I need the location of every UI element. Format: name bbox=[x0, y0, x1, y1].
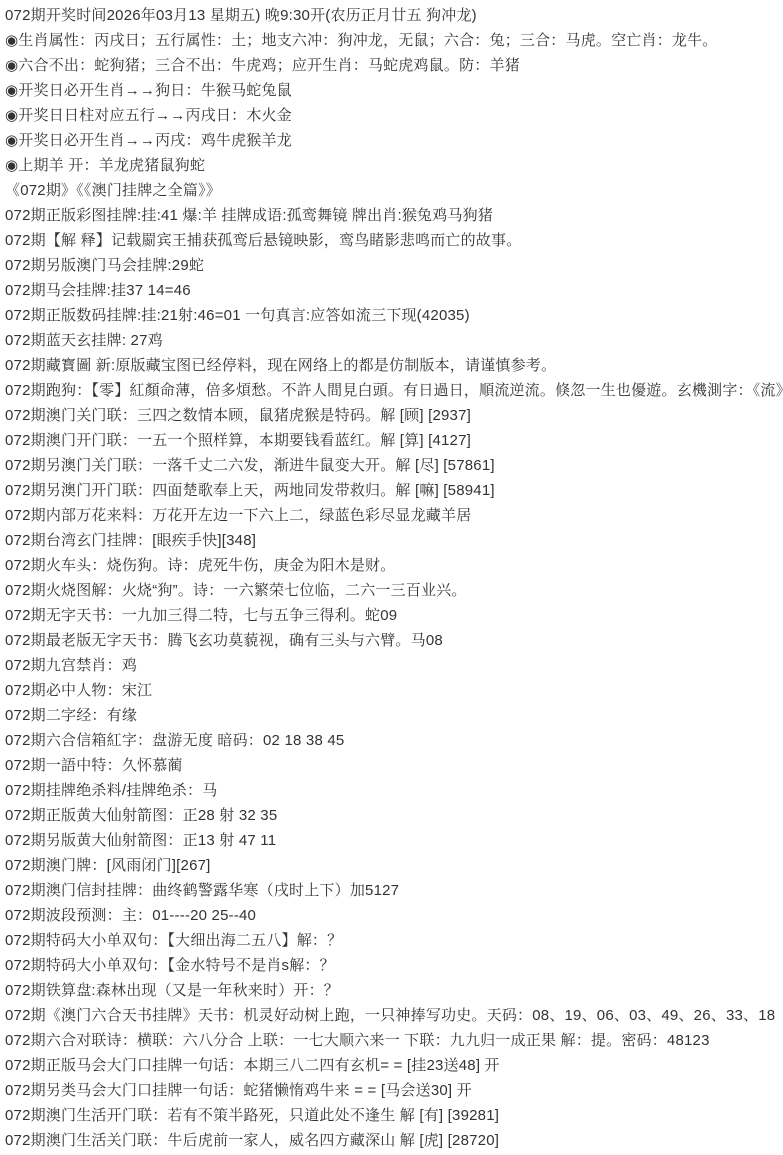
text-line: ◉六合不出：蛇狗猪；三合不出：牛虎鸡；应开生肖：马蛇虎鸡鼠。防：羊猪 bbox=[5, 53, 779, 78]
text-line: 072期挂牌绝杀料/挂牌绝杀：马 bbox=[5, 778, 779, 803]
text-line: ◉生肖属性：丙戌日；五行属性：土；地支六冲：狗冲龙，无鼠；六合：兔；三合：马虎。… bbox=[5, 28, 779, 53]
text-line: 072期跑狗：【零】紅顏命薄，倍多煩愁。不許人間見白頭。有日過日，順流逆流。倏忽… bbox=[5, 378, 779, 403]
text-line: 072期【解 释】记载罽宾王捕获孤鸾后悬镜映影，鸾鸟睹影悲鸣而亡的故事。 bbox=[5, 228, 779, 253]
lottery-info-list: 072期开奖时间2026年03月13 星期五) 晚9:30开(农历正月廿五 狗冲… bbox=[0, 0, 783, 1153]
text-line: 072期火车头：烧伤狗。诗：虎死牛伤，庚金为阳木是财。 bbox=[5, 553, 779, 578]
text-line: 072期马会挂牌:挂37 14=46 bbox=[5, 278, 779, 303]
text-line: ◉上期羊 开：羊龙虎猪鼠狗蛇 bbox=[5, 153, 779, 178]
text-line: 072期最老版无字天书：腾飞玄功莫藐视，确有三头与六臂。马08 bbox=[5, 628, 779, 653]
text-line: 072期正版马会大门口挂牌一句话：本期三八二四有玄机= = [挂23送48] 开 bbox=[5, 1053, 779, 1078]
text-line: 072期特码大小单双句：【大细出海二五八】解：？ bbox=[5, 928, 779, 953]
text-line: ◉开奖日必开生肖→→狗日：牛猴马蛇兔鼠 bbox=[5, 78, 779, 103]
text-line: 072期特码大小单双句：【金水特号不是肖s解：？ bbox=[5, 953, 779, 978]
text-line: 072期铁算盘:森林出现（又是一年秋来时）开：？ bbox=[5, 978, 779, 1003]
text-line: 072期九宫禁肖：鸡 bbox=[5, 653, 779, 678]
text-line: 072期正版彩图挂牌:挂:41 爆:羊 挂牌成语:孤鸾舞镜 牌出肖:猴兔鸡马狗猪 bbox=[5, 203, 779, 228]
text-line: 072期必中人物：宋江 bbox=[5, 678, 779, 703]
text-line: ◉开奖日日柱对应五行→→丙戌日：木火金 bbox=[5, 103, 779, 128]
text-line: 072期台湾玄门挂牌：[眼疾手快][348] bbox=[5, 528, 779, 553]
text-line: 072期澳门开门联：一五一个照样算，本期要钱看蓝红。解 [算] [4127] bbox=[5, 428, 779, 453]
text-line: 《072期》《《澳门挂牌之全篇》》 bbox=[5, 178, 779, 203]
text-line: 072期六合对联诗：横联：六八分合 上联：一七大顺六来一 下联：九九归一成正果 … bbox=[5, 1028, 779, 1053]
text-line: ◉开奖日必开生肖→→丙戌：鸡牛虎猴羊龙 bbox=[5, 128, 779, 153]
text-line: 072期藏寳圖 新:原版藏宝图已经停料，现在网络上的都是仿制版本，请谨慎参考。 bbox=[5, 353, 779, 378]
text-line: 072期内部万花来料：万花开左边一下六上二，绿蓝色彩尽显龙藏羊居 bbox=[5, 503, 779, 528]
text-line: 072期《澳门六合天书挂牌》天书：机灵好动树上跑，一只神捧写功史。天码：08、1… bbox=[5, 1003, 779, 1028]
text-line: 072期澳门牌：[风雨闭门][267] bbox=[5, 853, 779, 878]
text-line: 072期无字天书：一九加三得二特，七与五争三得利。蛇09 bbox=[5, 603, 779, 628]
text-line: 072期另类马会大门口挂牌一句话：蛇猪懒惰鸡牛来 = = [马会送30] 开 bbox=[5, 1078, 779, 1103]
text-line: 072期另澳门关门联：一落千丈二六发，渐进牛鼠变大开。解 [尽] [57861] bbox=[5, 453, 779, 478]
text-line: 072期一語中特：久怀慕蔺 bbox=[5, 753, 779, 778]
text-line: 072期正版数码挂牌:挂:21射:46=01 一句真言:应答如流三下现(4203… bbox=[5, 303, 779, 328]
text-line: 072期波段预测：主：01----20 25--40 bbox=[5, 903, 779, 928]
text-line: 072期澳门关门联：三四之数情本顾，鼠猪虎猴是特码。解 [顾] [2937] bbox=[5, 403, 779, 428]
text-line: 072期另澳门开门联：四面楚歌奉上天，两地同发带救归。解 [嘛] [58941] bbox=[5, 478, 779, 503]
text-line: 072期澳门信封挂牌：曲终鹤警露华寒（戌时上下）加5127 bbox=[5, 878, 779, 903]
text-line: 072期澳门生活关门联：牛后虎前一家人，威名四方藏深山 解 [虎] [28720… bbox=[5, 1128, 779, 1153]
text-line: 072期澳门生活开门联：若有不策半路死，只道此处不逢生 解 [有] [39281… bbox=[5, 1103, 779, 1128]
text-line: 072期开奖时间2026年03月13 星期五) 晚9:30开(农历正月廿五 狗冲… bbox=[5, 3, 779, 28]
text-line: 072期另版黄大仙射箭图：正13 射 47 11 bbox=[5, 828, 779, 853]
text-line: 072期正版黄大仙射箭图：正28 射 32 35 bbox=[5, 803, 779, 828]
text-line: 072期火烧图解：火烧“狗”。诗：一六繁荣七位临，二六一三百业兴。 bbox=[5, 578, 779, 603]
text-line: 072期六合信箱紅字：盘游无度 暗码：02 18 38 45 bbox=[5, 728, 779, 753]
text-line: 072期二字经：有缘 bbox=[5, 703, 779, 728]
text-line: 072期蓝天玄挂牌: 27鸡 bbox=[5, 328, 779, 353]
text-line: 072期另版澳门马会挂牌:29蛇 bbox=[5, 253, 779, 278]
